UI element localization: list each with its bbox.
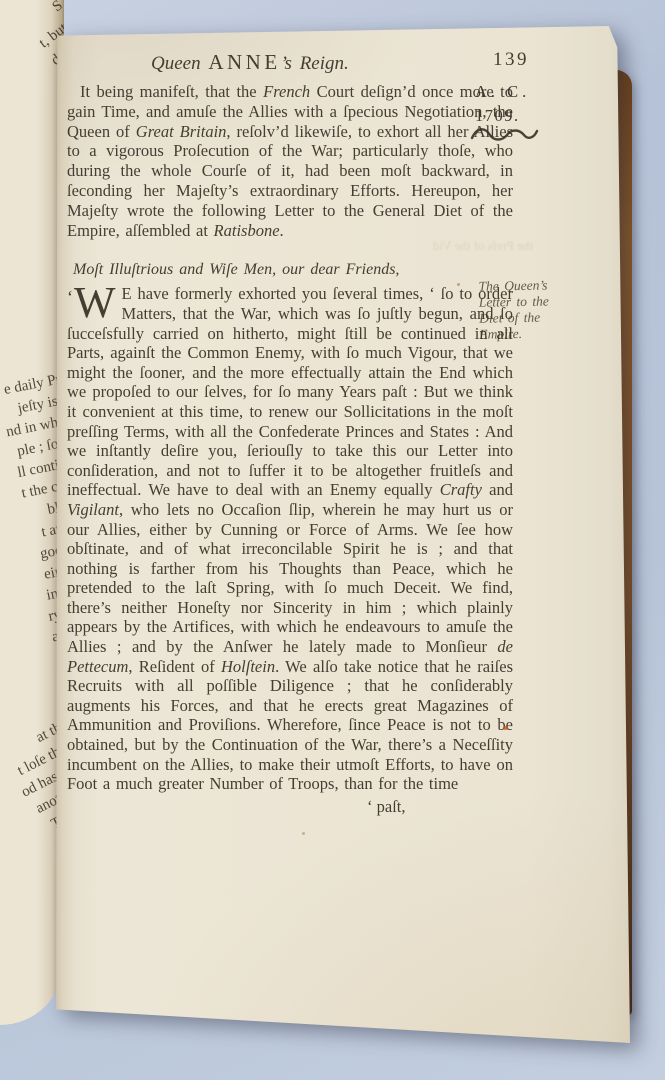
page-number: 139: [493, 49, 529, 71]
book-page: Queen ANNE’s Reign. 139 A. C. 1709. the …: [55, 26, 630, 1044]
foxing-spot: [503, 726, 508, 730]
drop-cap-letter: W: [74, 278, 116, 327]
drop-cap-wrap: ‘W: [67, 286, 116, 322]
running-head: Queen ANNE’s Reign.: [151, 50, 349, 75]
letter-body-text: E have formerly exhorted you ſeveral tim…: [67, 284, 513, 793]
catchword: ‘ paſt,: [67, 797, 513, 817]
photo-background: { "colors": { "background_blue": "#b7c4d…: [0, 0, 665, 1080]
book-page-wrap: Queen ANNE’s Reign. 139 A. C. 1709. the …: [0, 0, 665, 1080]
foxing-spot: [457, 283, 460, 286]
letter-salutation: Moſt Illuſtrious and Wiſe Men, our dear …: [73, 260, 513, 279]
foxing-spot: [302, 832, 305, 835]
opening-quote: ‘: [67, 287, 73, 307]
main-text-column: It being manifeſt, that the French Court…: [67, 82, 513, 817]
intro-paragraph: It being manifeſt, that the French Court…: [67, 82, 513, 240]
letter-body: ‘WE have formerly exhorted you ſeveral t…: [67, 284, 513, 793]
